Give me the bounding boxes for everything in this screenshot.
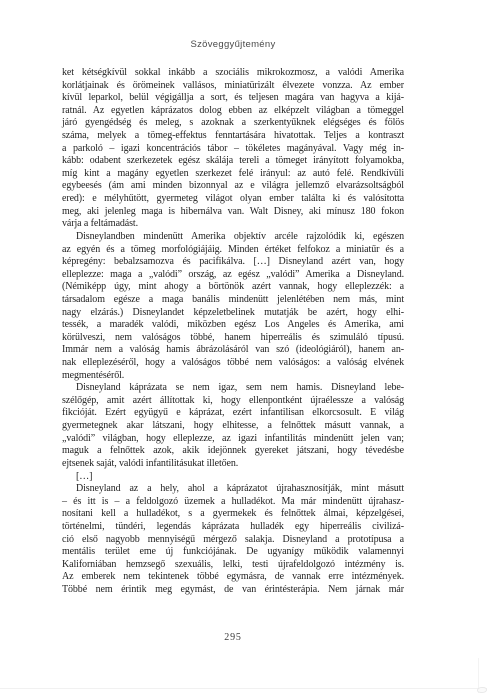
text-line: Disneyland az a hely, ahol a káprázatot … (62, 483, 404, 496)
text-line: „valódi” világban, hogy elleplezze, az i… (62, 433, 404, 446)
text-line: meg, aki jelenleg maga is hibernálva van… (62, 206, 404, 219)
text-line: fikcióját. Ezért együgyű e káprázat, ezé… (62, 407, 404, 420)
text-line: (Némiképp úgy, mint ahogy a börtönök azé… (62, 281, 404, 294)
text-line: várja a feltámadást. (62, 218, 404, 231)
body-text-block: ket kétségkívül sokkal inkább a szociáli… (62, 67, 404, 597)
text-line: körülveszi, nem valóságos többé, hanem h… (62, 332, 404, 345)
text-line: maguk a felnőttek azok, akik idejönnek g… (62, 445, 404, 458)
text-line: ket kétségkívül sokkal inkább a szociáli… (62, 67, 404, 80)
text-line: az egyén és a tömeg morfológiájáig. Mind… (62, 244, 404, 257)
scan-corner-artifact (477, 687, 487, 693)
text-line: tessék, a maradék valódi, miközben egész… (62, 319, 404, 332)
text-line: egybeesés (ám ami minden bizonnyal az e … (62, 180, 404, 193)
text-line: a parkoló – igazi koncentrációs tábor – … (62, 143, 404, 156)
text-line: ered): e mélyhűtött, gyermeteg világot o… (62, 193, 404, 206)
text-line: történelmi, tündéri, legendás káprázata … (62, 521, 404, 534)
text-line: ratnál. Az egyetlen káprázatos dolog ebb… (62, 105, 404, 118)
text-line: míg kint a magány egyetlen szerkezet fel… (62, 168, 404, 181)
text-line: Kaliforniában hemzsegő szexuális, lelki,… (62, 559, 404, 572)
text-line: társadalom egésze a maga banális mindenü… (62, 294, 404, 307)
text-line: mentális terület eme új funkciójának. De… (62, 546, 404, 559)
text-line: nosítani kell a hulladékot, s a gyermeke… (62, 508, 404, 521)
text-line: ció első nagyobb mennyiségű mérgező sala… (62, 534, 404, 547)
text-line: szélőgép, amit azért állítottak ki, hogy… (62, 395, 404, 408)
book-page: Szöveggyűjtemény ket kétségkívül sokkal … (0, 0, 487, 693)
text-line: képregény: bebalzsamozva és pacifikálva.… (62, 256, 404, 269)
text-line: száma, melyek a tömeg-effektus fenntartá… (62, 130, 404, 143)
text-line: megmentéséről. (62, 370, 404, 383)
text-line: nagy elzárás.) Disneylandet képzeletbeli… (62, 307, 404, 320)
running-header: Szöveggyűjtemény (62, 39, 404, 50)
text-line: elleplezze: maga a „valódi” ország, az e… (62, 269, 404, 282)
scan-edge-bottom (0, 688, 487, 689)
text-line: Disneyland káprázata se nem igaz, sem ne… (62, 382, 404, 395)
text-line: kívül leparkol, belül végigállja a sort,… (62, 92, 404, 105)
text-line: járó gyengédség és meleg, s azoknak a sz… (62, 117, 404, 130)
text-line: nak elleplezéséről, hogy a valóságos töb… (62, 357, 404, 370)
text-line: ejtsenek saját, valódi infantilitásukat … (62, 458, 404, 471)
text-line: Immár nem a valóság hamis ábrázolásáról … (62, 344, 404, 357)
text-line: gyermetegnek akar látszani, hogy elhites… (62, 420, 404, 433)
page-number: 295 (62, 632, 404, 643)
text-line: Az emberek nem tekintenek többé egymásra… (62, 571, 404, 584)
text-line: – és itt is – a feldolgozó üzemek a hull… (62, 496, 404, 509)
text-line: Többé nem érintik meg egymást, de van ér… (62, 584, 404, 597)
text-line: korlátjainak és örömeinek vallásos, mini… (62, 80, 404, 93)
text-line: Disneylandben mindenütt Amerika objektív… (62, 231, 404, 244)
text-line: kább: odabent szerkezetek egész skálája … (62, 155, 404, 168)
text-line: […] (62, 471, 404, 484)
